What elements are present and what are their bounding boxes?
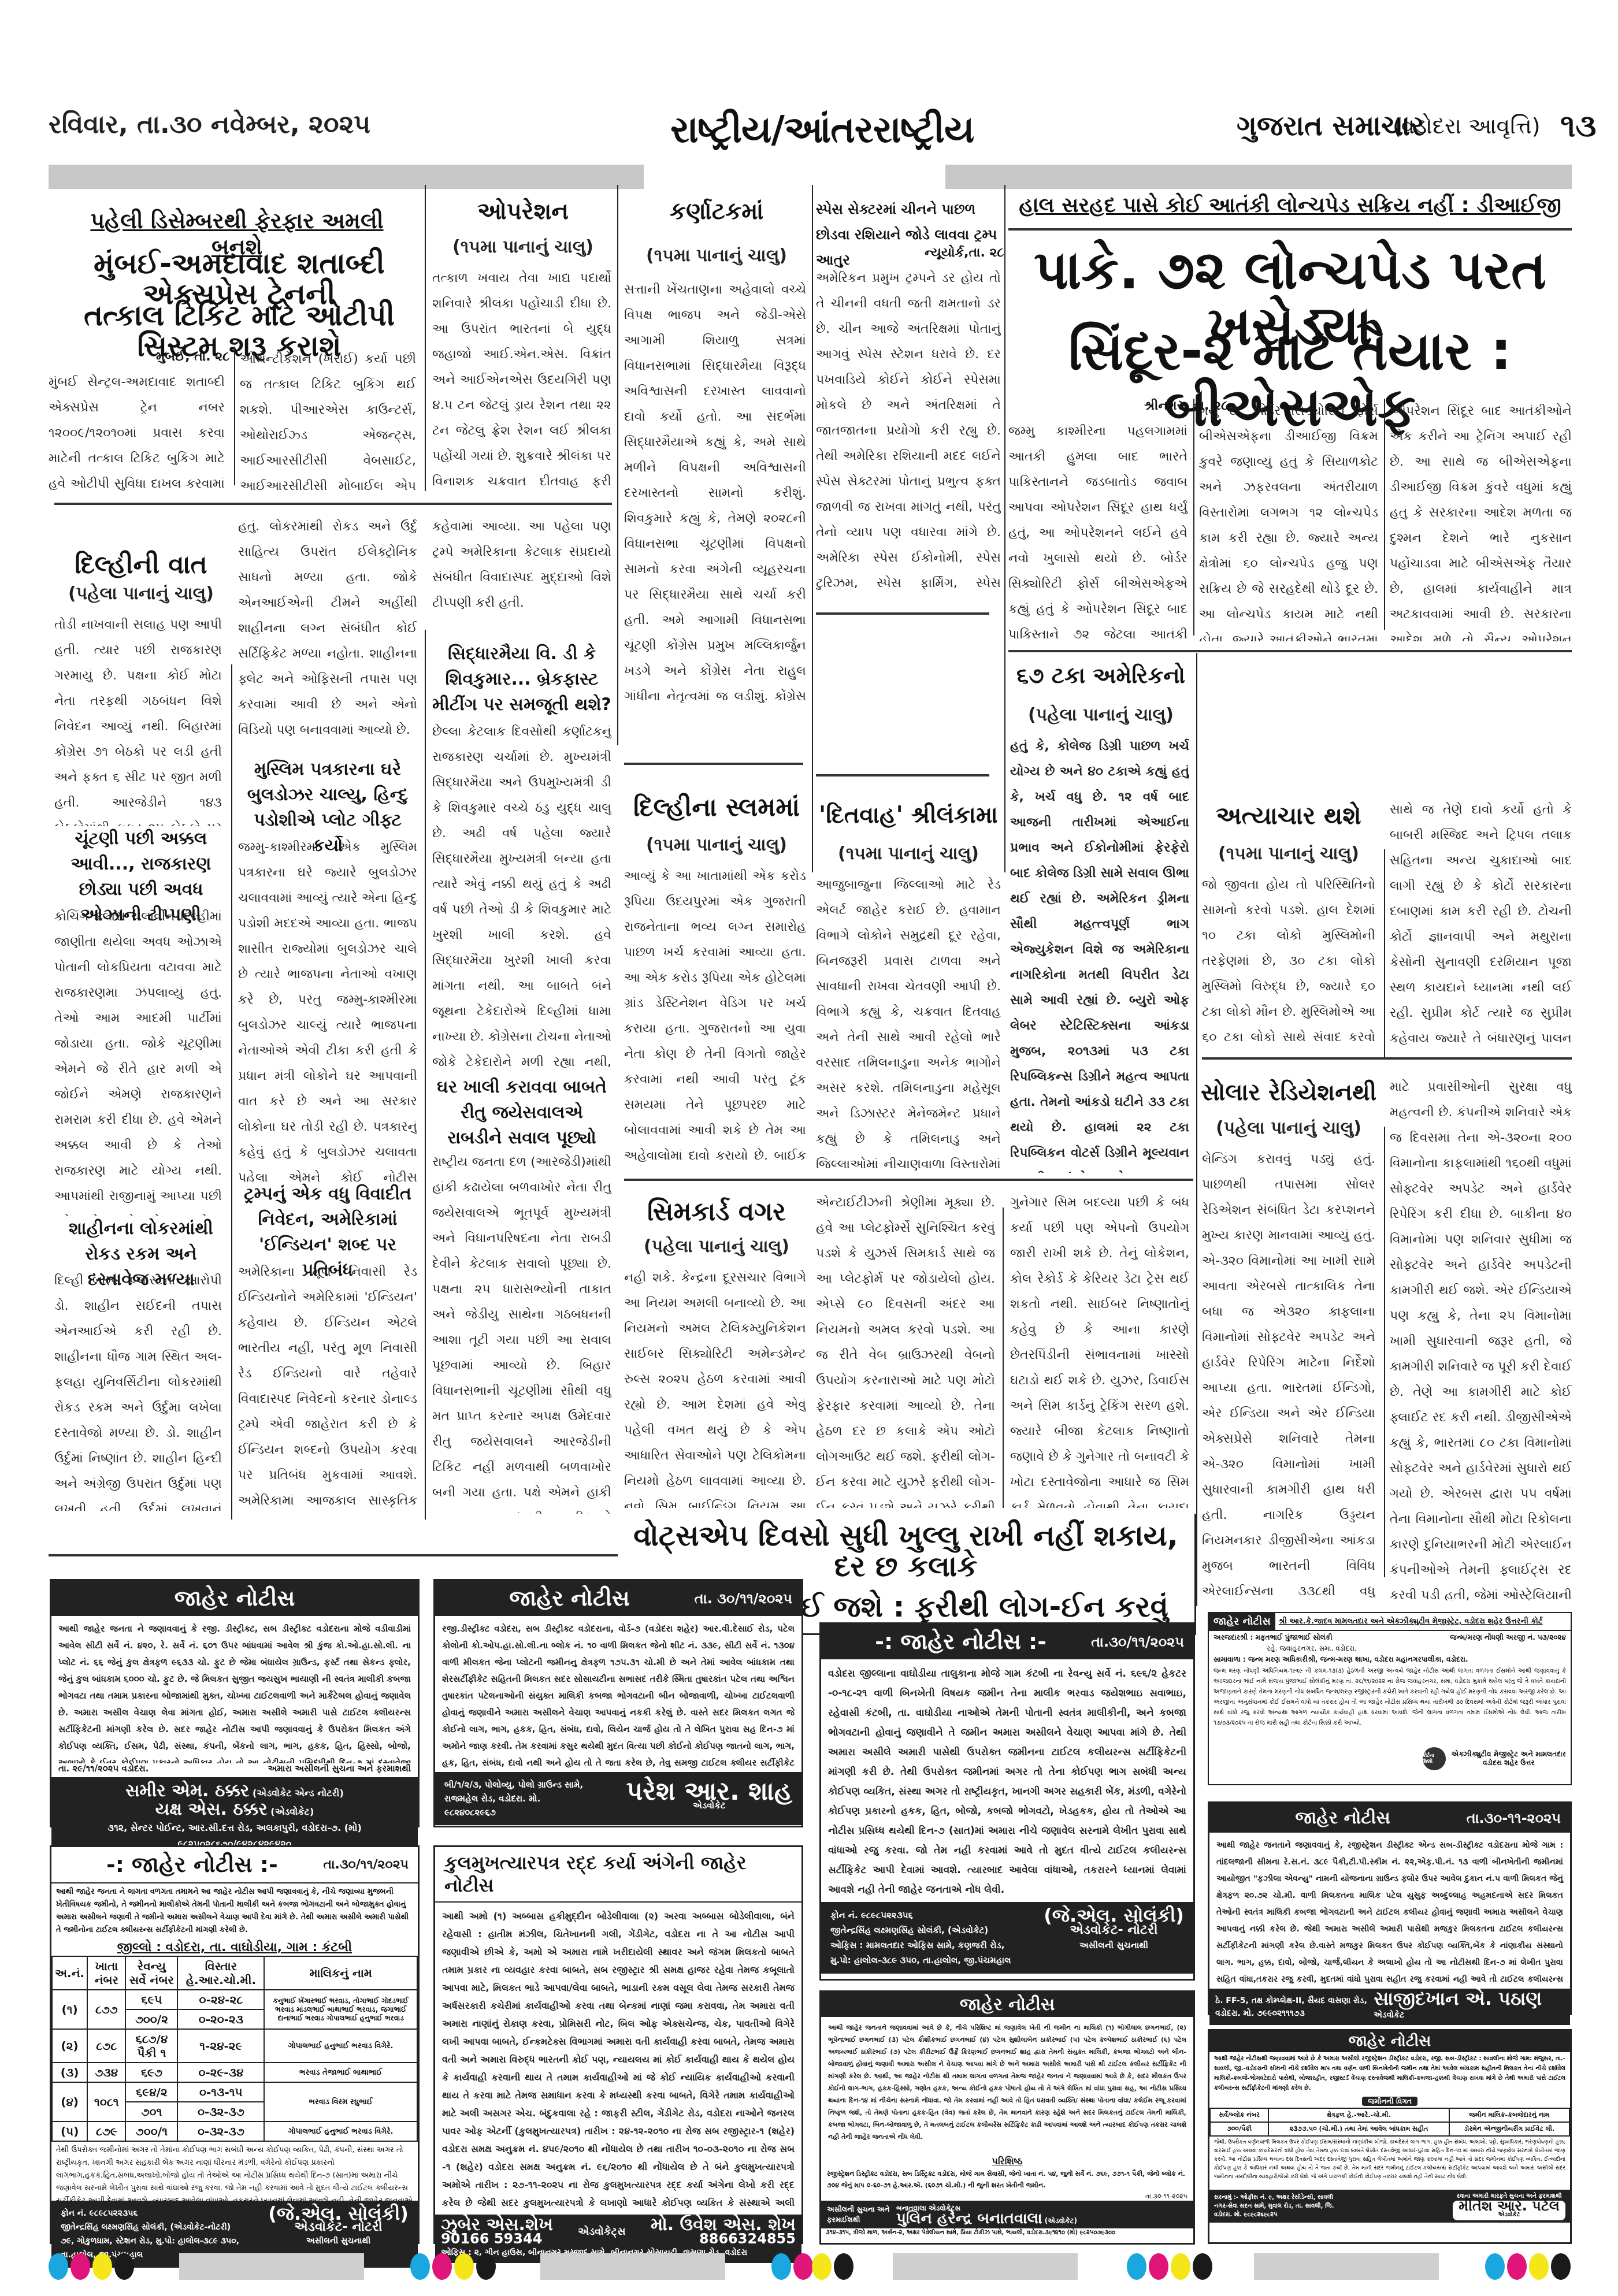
column-divider bbox=[812, 185, 813, 872]
slum-body: આવ્યું કે આ ખાતામાંથી એક કરોડ રૂપિયા ઉદય… bbox=[624, 864, 806, 1170]
cell: ૭૦૧ bbox=[125, 2102, 177, 2122]
cell: ૬૯૭ bbox=[125, 2063, 177, 2082]
karnataka-body: સત્તાની ખેંચતાણના અહેવાલો વચ્ચે વિપક્ષ ભ… bbox=[624, 277, 806, 705]
appendix-body: રજીસ્ટ્રેશન ડિસ્ટ્રીક્ટ વડોદરા, સબ ડિસ્ટ… bbox=[821, 2167, 1193, 2193]
advocate-role: (એડવોકેટ એન્ડ નોટરી) bbox=[253, 1788, 344, 1799]
ditwah-title: 'દિતવાહ' શ્રીલંકામા bbox=[816, 803, 1001, 827]
registration-dot-magenta bbox=[432, 2253, 452, 2280]
cell: ગોપાલભાઈ હનુભાઈ ભરવાડ વિગેરે. bbox=[264, 2029, 417, 2063]
registration-dot-magenta bbox=[70, 2253, 90, 2280]
cell: ૦-૨૯-૩૪ bbox=[177, 2063, 264, 2082]
registration-grey-bar bbox=[540, 2253, 725, 2280]
cell: ૭૦૦/૨ bbox=[125, 2009, 177, 2029]
public-notice-solanki-table: -: જાહેર નોટીસ :- તા.૩૦/૧૧/૨૦૨૫ આથી જાહે… bbox=[50, 1845, 420, 2244]
column-divider bbox=[1003, 1208, 1004, 1508]
delhi-column-2: હતું. લોકરમાંથી રોકડ અને ઉર્દુ સાહિત્ય ઉ… bbox=[238, 514, 417, 757]
advocate-note: અસીલની સુચના અને ફરમાઈશથી bbox=[827, 2204, 890, 2225]
notice-heading: જાહેર નોટીસ bbox=[1219, 1808, 1467, 1828]
registration-grey-bar bbox=[179, 2253, 364, 2280]
advocate-name: (જે.એલ. સોલંકી) bbox=[1044, 1908, 1184, 1923]
delhi-column-3: કહેવામાં આવ્યા. આ પહેલા પણ ટ્રમ્પે અમેરિ… bbox=[432, 514, 611, 630]
notice-date: તા.૩૦-૧૧-૨૦૨૫ bbox=[821, 2193, 1193, 2201]
advocate-address: ઠે. FF-5, તક્ષ કોમ્પ્લેક્ષ-II, સૈયદ વાસણ… bbox=[1215, 1994, 1374, 2020]
simcard-continued: (પહેલા પાનાનું ચાલુ) bbox=[621, 1236, 812, 1257]
section-rule bbox=[49, 1554, 618, 1556]
applicant-name: મફતભાઈ પુંજાભાઈ સોલંકી bbox=[1255, 1633, 1332, 1641]
section-title: રાષ્ટ્રીય/આંતરરાષ્ટ્રીય bbox=[670, 109, 974, 151]
section-rule bbox=[1202, 1057, 1572, 1060]
simcard-column-2: એન્ટાઈટીઝની શ્રેણીમાં મૂક્યા છે. હવે આ પ… bbox=[816, 1190, 995, 1508]
train-dateline: મુંબઈ, તા. ૨૮ bbox=[156, 350, 229, 364]
notice-location: જીલ્લો : વડોદરા, તા. વાઘોડીયા, ગામ : કંટ… bbox=[51, 1939, 418, 1956]
cell: ૧૦૮૧ bbox=[87, 2082, 125, 2122]
cell: ૮૭૭ bbox=[87, 1990, 125, 2029]
column-divider bbox=[231, 664, 232, 1519]
cell: (૩) bbox=[52, 2063, 87, 2082]
advocate-name: મો. ઉવેશ એસ. શેખ bbox=[651, 2218, 796, 2232]
section-rule bbox=[816, 612, 989, 615]
atrocity-column-1: જો જીવતા હોય તો પરિસ્થિતિનો સામનો કરવો પ… bbox=[1202, 872, 1375, 1046]
notice-footer: બી/૧/૨/૩, પોલોવ્યુ, પોલો ગ્રાઉન્ડ સામે, … bbox=[435, 1772, 801, 1825]
advocate-role: (એડવોકેટ) bbox=[270, 1806, 314, 1817]
notice-date: તા. ૩૦/૧૧/૨૦૨૫ bbox=[695, 1591, 792, 1607]
delhi-column-2c: અમેરિકાના મૂળ નિવાસી રેડ ઈન્ડિયનોને અમેર… bbox=[238, 1260, 417, 1514]
court-signature: કોર્ટના સિક્કો એક્ઝીક્યુટીવ મેજીસ્ટ્રેટ … bbox=[1209, 1747, 1571, 1770]
delhi-column-3b: છેલ્લા કેટલાક દિવસોથી કર્ણાટકનું રાજકારણ… bbox=[432, 719, 611, 1078]
table-row: (૫)૮૭૯૭૦૦/૧૦-૩૨-૩૭ગોપાલભાઈ હનુભાઈ ભરવાડ … bbox=[52, 2122, 417, 2141]
respondent-name: જન્મ મરણ અધિકારીશ્રી, જન્મ-મરણ શાખા, વડો… bbox=[1248, 1655, 1468, 1663]
operation-continued: (૧૫મા પાનાનું ચાલુ) bbox=[431, 237, 615, 257]
cell: કનુભાઈ ખેંગારભાઈ ભરવાડ, તોગાભાઈ ગોદડભાઈ … bbox=[264, 1990, 417, 2029]
cell: (૧) bbox=[52, 1990, 87, 2029]
notice-heading-bar: -: જાહેર નોટીસ :- તા.૩૦/૧૧/૨૦૨૫ bbox=[51, 1847, 418, 1883]
advocate-address: ૩૧૪-૩૧૫, ત્રીજો માળ, અર્બન-૨, અક્ષર પેવે… bbox=[821, 2228, 1193, 2237]
notice-footer: સરનામું :- ઓફીસ નં. ૯, અક્ષર રેસીડેન્સી,… bbox=[1209, 2190, 1570, 2223]
section-rule bbox=[624, 763, 803, 765]
court-heading: જાહેર નોટીસ શ્રી આર.કે.જાદવ મામલતદાર અને… bbox=[1209, 1613, 1571, 1631]
public-notice-banatwala: જાહેર નોટીસ આથી જાહેર જનતાને જણાવવામાં આ… bbox=[819, 1990, 1195, 2245]
section-rule bbox=[1008, 650, 1572, 652]
notice-heading: કુલમુખત્યારપત્ર રદ્દ કર્યા અંગેની જાહેર … bbox=[435, 1847, 801, 1903]
column-divider bbox=[1384, 1127, 1385, 1577]
karnataka-title: કર્ણાટકમાં bbox=[621, 199, 812, 224]
atrocity-continued: (૧૫મા પાનાનું ચાલુ) bbox=[1199, 844, 1378, 864]
advocate-name: યક્ષ એસ. ઠક્કર bbox=[155, 1799, 268, 1819]
table-row: (૨)૮૭૮૬૮૭/૪ પૈકી ૧૧-૨૪-૨૯ગોપાલભાઈ હનુભાઈ… bbox=[52, 2029, 417, 2063]
registration-dot-yellow bbox=[92, 2253, 112, 2280]
cell: ૮૭૮ bbox=[87, 2029, 125, 2063]
public-notice-thakkar: જાહેર નોટીસ આથી જાહેર જનતા ને જણાવવાનું … bbox=[50, 1579, 420, 1827]
advocate-name: મીતેશ આર. પટેલ bbox=[1459, 2202, 1560, 2210]
space-dateline: ન્યૂયોર્ક,તા. ૨૮ bbox=[925, 246, 1004, 260]
notice-body: આથી જાહેર જનતાને જણાવવાનું કે, રજીસ્ટ્રે… bbox=[1209, 1833, 1570, 1989]
cell: ૮૭૯ bbox=[87, 2122, 125, 2141]
registration-grey-bar bbox=[893, 2253, 1078, 2280]
americans-body: હતું કે, કોલેજ ડિગ્રી પાછળ ખર્ચ યોગ્ય છે… bbox=[1010, 734, 1189, 1173]
table-header: જમીન માલિક-કબજેદારનું નામ bbox=[1449, 2108, 1569, 2122]
issue-date: રવિવાર, તા.૩૦ નવેમ્બર, ૨૦૨૫ bbox=[49, 110, 370, 139]
cell: ૭૦૦/૧ bbox=[125, 2122, 177, 2141]
registration-grey-bar bbox=[1254, 2253, 1439, 2280]
land-details-label-wrap: જમીનની વિગત bbox=[1209, 2095, 1570, 2106]
advocate-role: (એડવોકેટ) bbox=[1045, 2217, 1077, 2225]
table-header: ક્ષેત્રફળ હે.-આરે.-ચો.મી. bbox=[1268, 2108, 1449, 2122]
delhi-column-1b: કોચિંગ ક્લાસ ચલાવીને દિલ્હીમાં જાણીતા થય… bbox=[54, 904, 222, 1216]
cell: ૧-૨૪-૨૯ bbox=[177, 2029, 264, 2063]
simcard-column-3: ગુનેગાર સિમ બદલ્યા પછી કે બંધ કર્યા પછી … bbox=[1010, 1190, 1189, 1508]
column-divider bbox=[1384, 849, 1385, 1057]
cell: ૦-૨૪-૨૮ bbox=[177, 1990, 264, 2009]
cell: ૬૯૪/૨ bbox=[125, 2082, 177, 2102]
registration-dot-magenta bbox=[1149, 2253, 1168, 2280]
solar-title: સોલાર રેડિયેશનથી bbox=[1199, 1080, 1378, 1105]
bsf-column-3: ઓપરેશન સિંદૂર બાદ આતંકીઓને એક કરીને આ ટ્… bbox=[1390, 399, 1572, 641]
registration-dot-black bbox=[834, 2253, 853, 2280]
advocate-address: બી/૧/૨/૩, પોલોવ્યુ, પોલો ગ્રાઉન્ડ સામે, … bbox=[444, 1778, 595, 1819]
column-divider bbox=[1193, 399, 1194, 636]
section-rule bbox=[54, 503, 612, 505]
advocate-name: સાજીદખાન એ. પઠાણ bbox=[1374, 1987, 1542, 2009]
notice-heading-bar: જાહેર નોટીસ તા. ૩૦/૧૧/૨૦૨૫ bbox=[435, 1581, 801, 1616]
train-column-2: ઓથેન્ટીકેશન (ખરાઈ) કર્યા પછી જ તત્કાલ ટિ… bbox=[240, 347, 416, 491]
notice-date: તા. ૨૯/૧૧/૨૦૨૫ વડોદરા. bbox=[58, 1763, 149, 1774]
advocate-name: પરેશ આર. શાહ bbox=[626, 1785, 792, 1799]
registration-dot-cyan bbox=[1127, 2253, 1146, 2280]
space-title: સ્પેસ સેક્ટરમાં ચીનને પાછળ છોડવા રશિયાને… bbox=[816, 196, 1001, 273]
table-header: વિસ્તાર હે.આર.ચો.મી. bbox=[177, 1956, 264, 1990]
notice-body: વડોદરા જીલ્લાના વાઘોડીયા તાલુકાના મોજે ગ… bbox=[821, 1659, 1193, 1902]
advocate-phone: 90166 59344 bbox=[441, 2232, 553, 2246]
table-row: (૪)૧૦૮૧૬૯૪/૨૦-૧૩-૧૫ભરવાડ વિરમ રઘુભાઈ bbox=[52, 2082, 417, 2102]
cell: ૦-૨૦-૨૩ bbox=[177, 2009, 264, 2029]
appendix-label: પરિશિષ્ઠ bbox=[821, 2156, 1193, 2167]
notice-date: તા.૩૦/૧૧/૨૦૨૫ bbox=[1091, 1634, 1184, 1650]
advocate-role: એડવોકેટ bbox=[1374, 2011, 1404, 2020]
simcard-column-1: નહી શકે. કેન્દ્રના દૂરસંચાર વિભાગે આ નિય… bbox=[624, 1265, 806, 1508]
notice-heading: -: જાહેર નોટીસ :- bbox=[61, 1852, 324, 1878]
land-table: અ.નં. ખાતા નંબર રેવન્યુ સર્વે નંબર વિસ્ત… bbox=[51, 1956, 418, 2142]
registration-dot-cyan bbox=[49, 2253, 68, 2280]
registration-dot-black bbox=[1551, 2253, 1571, 2280]
notice-body: તેથી ઉપરોક્ત જમીનોમાં અગર તો તેમાંના કોઈ… bbox=[51, 2142, 418, 2201]
notice-body: જન્મ મરણ નોંધણી અધિનિયમ-૧૯૬૯ ની કલમ-૧૩(૩… bbox=[1209, 1666, 1571, 1747]
registration-dot-black bbox=[476, 2253, 496, 2280]
cell: ગોપાલભાઈ હનુભાઈ ભરવાડ વિગેરે. bbox=[264, 2122, 417, 2141]
registration-dot-magenta bbox=[1507, 2253, 1527, 2280]
advocate-person: જીતેન્દ્રસિંહ લક્ષ્મણસિંહ સોલંકી, (એડવોક… bbox=[830, 1923, 1027, 1938]
table-row: ૭૦૦/પૈકી ૨૩૭૭.૫૦ (ચો.મી.) તથા તેમાં આવેલ… bbox=[1210, 2122, 1569, 2136]
cell: ભરવાડ તેજાભાઈ બાથાભાઈ bbox=[264, 2063, 417, 2082]
slum-title: દિલ્હીના સ્લમમાં bbox=[621, 794, 812, 821]
respondent-line: સામાવાળા : જન્મ મરણ અધિકારીશ્રી, જન્મ-મર… bbox=[1209, 1653, 1571, 1666]
column-divider bbox=[425, 630, 426, 1519]
edition-label: (વડોદરા આવૃત્તિ) bbox=[1393, 113, 1541, 139]
space-body: અમેરિકન પ્રમુખ ટ્રમ્પને ડર હોય તો તે ચીન… bbox=[816, 266, 1001, 601]
advocate-role: એડવોકેટ્સ bbox=[578, 2225, 625, 2239]
case-number: જન્મ/મરણ નોંધણી અરજી નં. ૫૩/૨૦૨૪ bbox=[1450, 1633, 1566, 1642]
section-rule bbox=[624, 1179, 1193, 1181]
registration-dot-yellow bbox=[1171, 2253, 1190, 2280]
notice-body: આથી જાહેર જનતા ને જણાવવાનું કે રજી. ડીસ્… bbox=[51, 1616, 418, 1763]
notice-sign-note: અમારા અસીલની સુચના અને ફરમાશથી bbox=[268, 1763, 411, 1774]
court-notice-jadav: જાહેર નોટીસ શ્રી આર.કે.જાદવ મામલતદાર અને… bbox=[1208, 1612, 1572, 1785]
advocate-address: ઓફિસ : મામલતદાર ઓફિસ સામે, કણજરી રોડ, મુ… bbox=[830, 1938, 1027, 1968]
slum-continued: (૧૫મા પાનાનું ચાલુ) bbox=[621, 835, 812, 855]
notice-heading: જાહેર નોટીસ bbox=[51, 1581, 418, 1616]
solar-continued: (પહેલા પાનાનું ચાલુ) bbox=[1199, 1118, 1378, 1138]
header-bar-left bbox=[49, 165, 644, 189]
applicant-line: અરજદારશ્રી : મફતભાઈ પુંજાભાઈ સોલંકી જન્મ… bbox=[1209, 1631, 1571, 1644]
notice-body-2: જેથી, ઉપરોકત વર્ણનવાળી મિલકત ઉપર કોઈપણ ઈ… bbox=[1209, 2137, 1570, 2190]
respondent-label: સામાવાળા : bbox=[1213, 1655, 1246, 1663]
cell: ૦-૩૨-૩૭ bbox=[177, 2122, 264, 2141]
column-divider bbox=[1004, 185, 1005, 872]
ditwah-body: આજુબાજુના જિલ્લાઓ માટે રેડ એલર્ટ જાહેર ક… bbox=[816, 872, 1001, 1173]
advocate-person: જીતેન્દ્રસિંહ લક્ષ્મણસિંહ સોલંકી, (એડવોક… bbox=[61, 2220, 257, 2234]
advocate-note: અસીલની સુચનાથી bbox=[1044, 1938, 1184, 1953]
table-header: સર્વે/બ્લોક નંબર bbox=[1210, 2108, 1268, 2122]
cell: ૭૦૦/પૈકી bbox=[1210, 2122, 1268, 2136]
kicker-rule bbox=[1008, 228, 1572, 231]
solar-column-2: માટે પ્રવાસીઓની સુરક્ષા વધુ મહત્વની છે. … bbox=[1390, 1075, 1572, 1600]
cell: ૨૩૭૭.૫૦ (ચો.મી.) તથા તેમાં આવેલ બાંધકામ … bbox=[1268, 2122, 1449, 2136]
table-header: રેવન્યુ સર્વે નંબર bbox=[125, 1956, 177, 1990]
notice-intro: આથી જાહેર જનતા ને લાગતા વળગતા તમામને આ જ… bbox=[51, 1883, 418, 1939]
registration-dot-cyan bbox=[1485, 2253, 1505, 2280]
poa-cancellation-notice: કુલમુખત્યારપત્ર રદ્દ કર્યા અંગેની જાહેર … bbox=[433, 1845, 803, 2244]
table-row: (૧)૮૭૭૬૯૫૦-૨૪-૨૮કનુભાઈ ખેંગારભાઈ ભરવાડ, … bbox=[52, 1990, 417, 2009]
notice-dateline: તા. ૨૯/૧૧/૨૦૨૫ વડોદરા. અમારા અસીલની સુચન… bbox=[51, 1763, 418, 1774]
advocate-name: ઝુબેર એસ.શેખ bbox=[441, 2218, 553, 2232]
notice-heading: -: જાહેર નોટીસ :- bbox=[830, 1629, 1091, 1655]
bsf-kicker: હાલ સરહદ પાસે કોઈ આતંકી લોન્ચપેડ સક્રિય … bbox=[1008, 194, 1572, 218]
notice-heading: જાહેર નોટીસ bbox=[444, 1585, 695, 1611]
delhi-subhead-6: ઘર ખાલી કરાવવા બાબતે રીતુ જયેસવાલએ રાબડી… bbox=[432, 1075, 611, 1151]
advocate-phone: ફોન નં. ૯૮૯૮૫૨૨૩૫૬ bbox=[61, 2206, 257, 2220]
public-notice-shah: જાહેર નોટીસ તા. ૩૦/૧૧/૨૦૨૫ રજી.ડીસ્ટ્રીક… bbox=[433, 1579, 803, 1827]
court-name: શ્રી આર.કે.જાદવ મામલતદાર અને એક્ઝીક્યુટી… bbox=[1275, 1617, 1543, 1626]
registration-dot-yellow bbox=[812, 2253, 832, 2280]
registration-dot-black bbox=[114, 2253, 134, 2280]
notice-body: આથી જાહેર જનતાને જણાવવામાં આવે છે કે, ની… bbox=[821, 2017, 1193, 2156]
registration-dot-cyan bbox=[410, 2253, 430, 2280]
delhi-column-2b: જમ્મુ-કાશ્મીરમાં એક મુસ્લિમ પત્રકારના ઘર… bbox=[238, 835, 417, 1182]
notice-heading-bar: -: જાહેર નોટીસ :- તા.૩૦/૧૧/૨૦૨૫ bbox=[821, 1624, 1193, 1659]
notice-heading-bar: જાહેર નોટીસ તા.૩૦-૧૧-૨૦૨૫ bbox=[1209, 1803, 1570, 1833]
cell: ૬૯૫ bbox=[125, 1990, 177, 2009]
advocate-address: સરનામું :- ઓફીસ નં. ૯, અક્ષર રેસીડેન્સી,… bbox=[1214, 2193, 1347, 2219]
table-header: અ.નં. bbox=[52, 1956, 87, 1990]
advocate-name: પુલિન હરેન્દ્ર બનાતવાલા bbox=[896, 2210, 1042, 2227]
bsf-column-2: ગયું છે. બોર્ડર સિક્યોરિટી ફોર્સ બીએસએફન… bbox=[1199, 399, 1378, 641]
delhi-column-3c: રાષ્ટ્રીય જનતા દળ (આરજેડી)માંથી હાંકી કઢ… bbox=[432, 1150, 611, 1514]
cell: ભરવાડ વિરમ રઘુભાઈ bbox=[264, 2082, 417, 2122]
public-notice-solanki-kantbi: -: જાહેર નોટીસ :- તા.૩૦/૧૧/૨૦૨૫ વડોદરા જ… bbox=[819, 1622, 1195, 1981]
delhi-subhead-5: સિદ્ધારમૈયા વિ. ડી કે શિવકુમાર... બ્રેકફ… bbox=[432, 641, 611, 718]
table-header: ખાતા નંબર bbox=[87, 1956, 125, 1990]
delhi-column-1: તોડી નાખવાની સલાહ પણ આપી હતી. ત્યાર પછી … bbox=[54, 612, 222, 826]
notice-body: આથી અમો (૧) અબ્બાસ હકીમુદ્દીન બોડેલીવાલા… bbox=[435, 1903, 801, 2215]
signatory-office: વડોદરા શહેર ઉત્તર bbox=[1452, 1759, 1566, 1767]
cell: ૬૮૭/૪ પૈકી ૧ bbox=[125, 2029, 177, 2063]
cell: ૦-૧૩-૧૫ bbox=[177, 2082, 264, 2102]
header-bar-right bbox=[945, 165, 1572, 189]
cell: (૪) bbox=[52, 2082, 87, 2122]
applicant-address: રહે. જવાહરનગર, સમા, વડોદરા. bbox=[1209, 1644, 1571, 1653]
notice-date: તા.૩૦-૧૧-૨૦૨૫ bbox=[1467, 1810, 1561, 1826]
delhi-title: દિલ્હીની વાત bbox=[54, 552, 228, 578]
notice-footer: ઠે. FF-5, તક્ષ કોમ્પ્લેક્ષ-II, સૈયદ વાસણ… bbox=[1209, 1989, 1570, 2025]
delhi-column-1c: દિલ્હી બોમ્બ બ્લાસ્ટના આરોપી ડો. શાહીન સ… bbox=[54, 1268, 222, 1511]
signatory: એક્ઝીક્યુટીવ મેજીસ્ટ્રેટ અને મામલતદાર bbox=[1452, 1750, 1566, 1759]
cell: ૦-૩૨-૩૭ bbox=[177, 2102, 264, 2122]
atrocity-title: અત્યાચાર થશે bbox=[1199, 803, 1378, 829]
cell: (૨) bbox=[52, 2029, 87, 2063]
ditwah-continued: (૧૫મા પાનાનું ચાલુ) bbox=[816, 844, 1001, 864]
cell: ડોરમેન એન્જીનીયરીંગ પ્રાઈવેટ લી. bbox=[1449, 2122, 1569, 2136]
notice-heading: જાહેર નોટીસ bbox=[1209, 1613, 1275, 1630]
public-notice-patel-savli: જાહેર નોટીસ આથી જાહેર નોટીસથી જણાવવામાં … bbox=[1208, 2029, 1572, 2244]
operation-body: તત્કાળ ખવાય તેવા ખાદ્ય પદાર્થો શનિવારે શ… bbox=[432, 266, 611, 497]
land-table: સર્વે/બ્લોક નંબર ક્ષેત્રફળ હે.-આરે.-ચો.મ… bbox=[1209, 2108, 1570, 2137]
table-row: (૩)૭૩૪૬૯૭૦-૨૯-૩૪ભરવાડ તેજાભાઈ બાથાભાઈ bbox=[52, 2063, 417, 2082]
advocate-name: સમીર એમ. ઠક્કર bbox=[125, 1781, 249, 1801]
registration-dot-magenta bbox=[793, 2253, 813, 2280]
cell: (૫) bbox=[52, 2122, 87, 2141]
land-details-label: જમીનની વિગત bbox=[1362, 2097, 1417, 2106]
whatsapp-headline-1: વોટ્સએપ દિવસો સુધી ખુલ્લુ રાખી નહીં શકાય… bbox=[617, 1514, 1194, 1581]
karnataka-continued: (૧૫મા પાનાનું ચાલુ) bbox=[621, 246, 812, 266]
notice-date: તા.૩૦/૧૧/૨૦૨૫ bbox=[324, 1857, 409, 1872]
delhi-continued: (પહેલા પાનાનું ચાલુ) bbox=[54, 584, 228, 604]
advocate-name: (જે.એલ. સોલંકી) bbox=[268, 2206, 409, 2220]
notice-body: આથી જાહેર નોટીસથી જણાવવામાં આવે છે કે અમ… bbox=[1209, 2052, 1570, 2095]
solar-column-1: લેન્ડિંગ કરાવવું પડ્યું હતું. પાછળથી તપા… bbox=[1202, 1147, 1375, 1597]
registration-dot-cyan bbox=[771, 2253, 791, 2280]
notice-heading: જાહેર નોટીસ bbox=[821, 1992, 1193, 2017]
notice-footer: ફોન નં. ૯૮૯૮૫૨૨૩૫૬જીતેન્દ્રસિંહ લક્ષ્મણસ… bbox=[821, 1902, 1193, 1974]
table-header: માલિકનું નામ bbox=[264, 1956, 417, 1990]
notice-footer: અસીલની સુચના અને ફરમાઈશથી બનાતવાલા એડવોક… bbox=[821, 2201, 1193, 2228]
registration-dot-yellow bbox=[454, 2253, 474, 2280]
notice-body: રજી.ડીસ્ટ્રીક્ટ વડોદરા, સબ ડીસ્ટ્રીક્ટ વ… bbox=[435, 1616, 801, 1772]
cell: ૭૩૪ bbox=[87, 2063, 125, 2082]
page-number: ૧૩ bbox=[1560, 107, 1596, 144]
column-divider bbox=[1384, 399, 1385, 630]
americans-title: ૬૭ ટકા અમેરિકનો bbox=[1008, 664, 1193, 688]
registration-dot-black bbox=[1193, 2253, 1212, 2280]
americans-continued: (પહેલા પાનાનું ચાલુ) bbox=[1008, 705, 1193, 725]
notice-heading: જાહેર નોટીસ bbox=[1209, 2031, 1570, 2052]
advocate-note: અસીલની સુચનાથી bbox=[268, 2234, 409, 2248]
operation-title: ઓપરેશન bbox=[431, 199, 615, 224]
bsf-column-1: જમ્મુ કાશ્મીરના પહલગામમાં આતંકી હુમલા બા… bbox=[1008, 419, 1187, 638]
train-column-1: મુંબઈ સેન્ટ્રલ-અમદાવાદ શતાબ્દી એક્સપ્રેસ… bbox=[49, 370, 225, 491]
public-notice-pathan: જાહેર નોટીસ તા.૩૦-૧૧-૨૦૨૫ આથી જાહેર જનતા… bbox=[1208, 1801, 1572, 2015]
advocate-phone: ફોન નં. ૯૮૯૮૫૨૨૩૫૬ bbox=[830, 1908, 1027, 1923]
registration-dot-yellow bbox=[1529, 2253, 1549, 2280]
atrocity-column-2: સાથે જ તેણે દાવો કર્યો હતો કે બાબરી મસ્જ… bbox=[1390, 797, 1572, 1052]
column-divider bbox=[1196, 653, 1197, 1606]
simcard-title: સિમકાર્ડ વગર bbox=[621, 1199, 812, 1225]
section-rule bbox=[816, 774, 989, 777]
column-divider bbox=[425, 185, 426, 491]
column-divider bbox=[617, 185, 618, 745]
court-seal-icon: કોર્ટના સિક્કો bbox=[1423, 1747, 1446, 1770]
applicant-label: અરજદારશ્રી : bbox=[1213, 1633, 1253, 1641]
column-divider bbox=[234, 347, 235, 485]
